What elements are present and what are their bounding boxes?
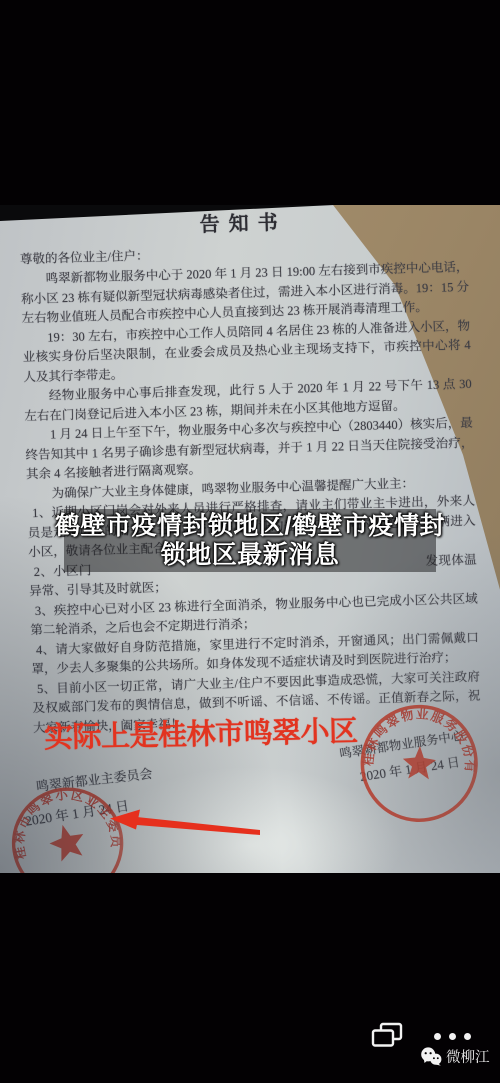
seal-star-icon bbox=[46, 820, 89, 863]
red-arrow-icon bbox=[98, 802, 273, 844]
watermark: 微柳江 bbox=[420, 1046, 490, 1067]
headline-line-1: 鹤壁市疫情封锁地区/鹤壁市疫情封 bbox=[55, 512, 445, 541]
seal-star-icon bbox=[402, 745, 436, 779]
notice-body: 告知书 尊敬的各位业主/住户： 鸣翠新都物业服务中心于 2020 年 1 月 2… bbox=[19, 209, 481, 738]
property-company-seal: 桂林鸣翠物业服务股份有限公司 bbox=[355, 698, 484, 827]
red-annotation-text: 实际上是桂林市鸣翠小区 bbox=[44, 709, 358, 757]
headline-line-2: 锁地区最新消息 bbox=[161, 541, 340, 570]
more-dots-icon[interactable] bbox=[434, 1033, 471, 1040]
headline-overlay: 鹤壁市疫情封锁地区/鹤壁市疫情封 锁地区最新消息 bbox=[64, 509, 436, 572]
wechat-icon bbox=[420, 1047, 442, 1066]
notice-title: 告知书 bbox=[19, 209, 467, 241]
watermark-label: 微柳江 bbox=[446, 1046, 490, 1067]
screenshot-root: 告知书 尊敬的各位业主/住户： 鸣翠新都物业服务中心于 2020 年 1 月 2… bbox=[0, 0, 500, 1083]
copy-pages-icon[interactable] bbox=[370, 1022, 404, 1050]
